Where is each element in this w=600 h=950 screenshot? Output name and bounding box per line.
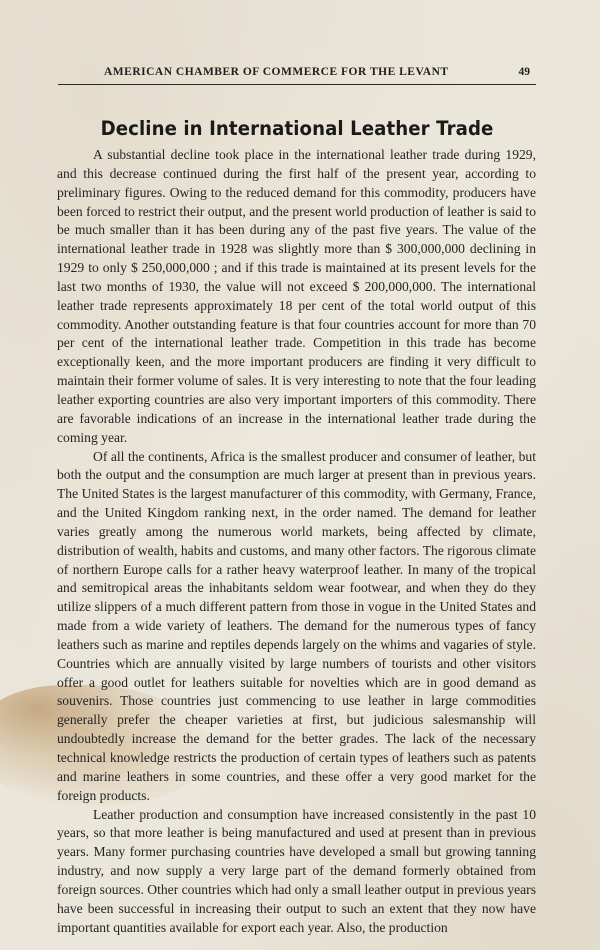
paragraph: Leather production and consumption have … [57,806,536,938]
article-body: A substantial decline took place in the … [57,146,536,937]
page-number: 49 [519,66,531,78]
paragraph: Of all the continents, Africa is the sma… [57,448,536,806]
article-title: Decline in International Leather Trade [75,117,520,140]
running-head: AMERICAN CHAMBER OF COMMERCE FOR THE LEV… [104,66,449,78]
paragraph: A substantial decline took place in the … [57,146,536,448]
page-header: AMERICAN CHAMBER OF COMMERCE FOR THE LEV… [58,62,536,85]
